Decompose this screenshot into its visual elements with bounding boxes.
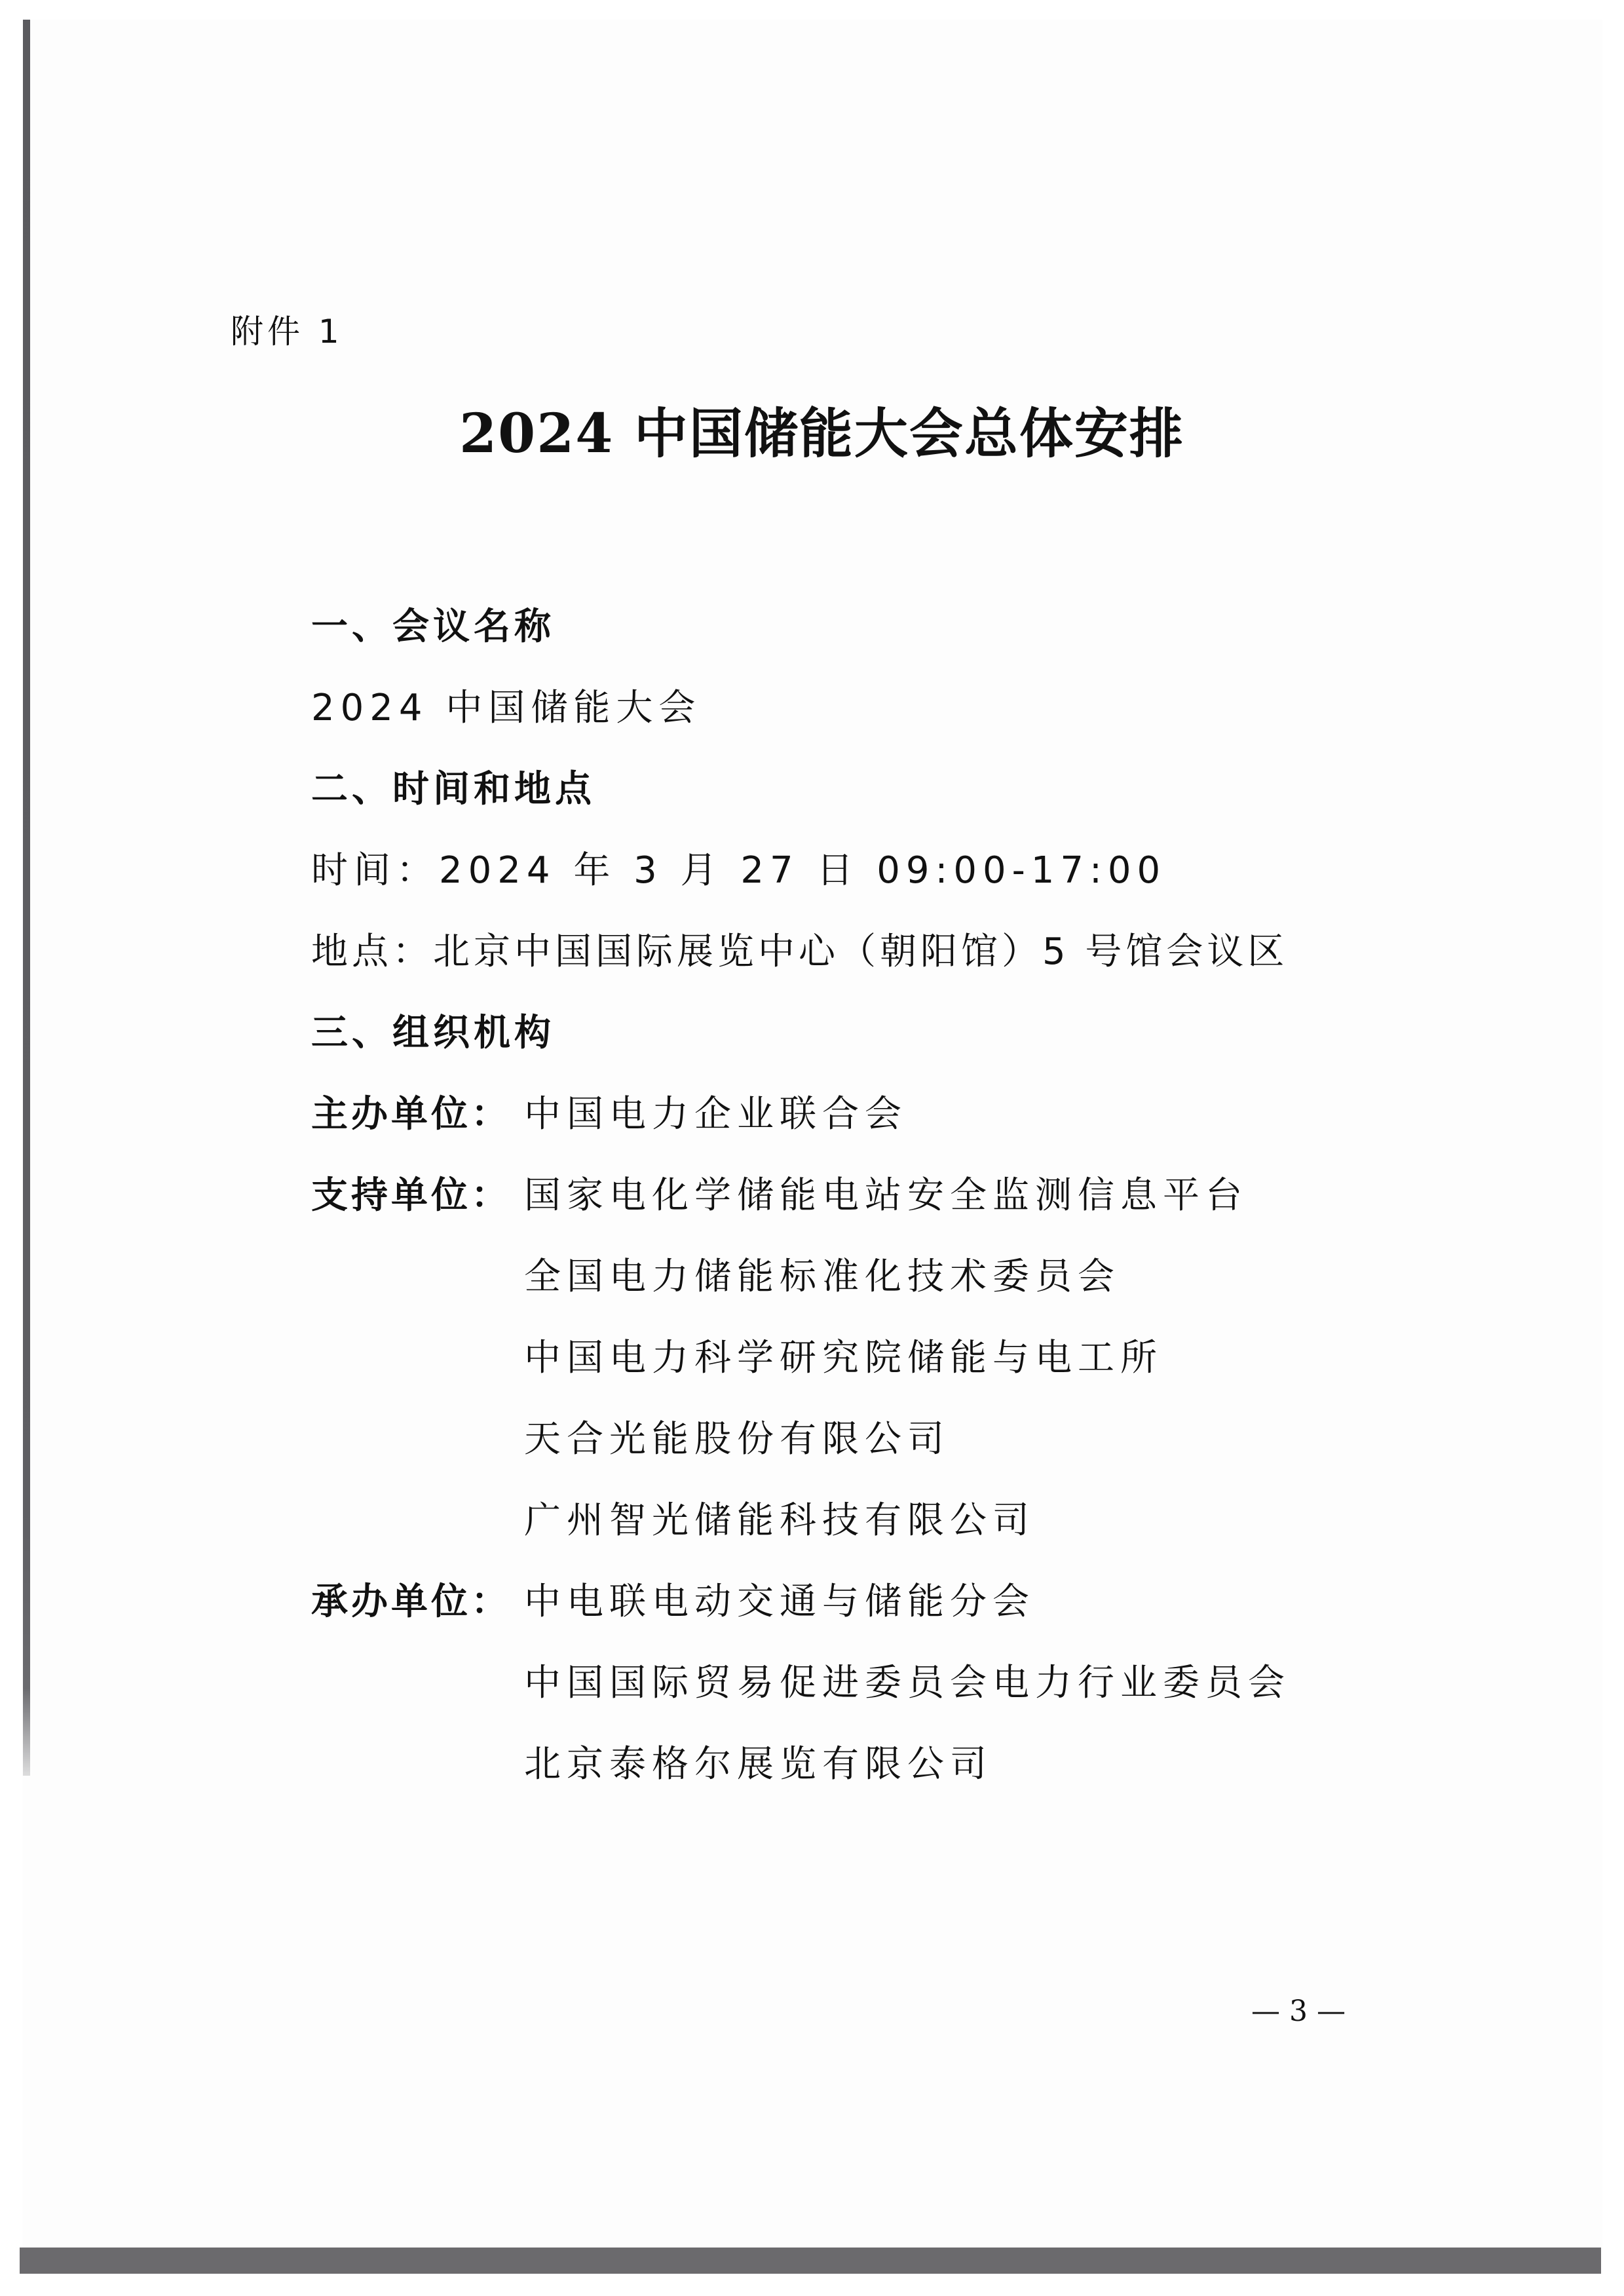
organizer-item: 中国国际贸易促进委员会电力行业委员会 (524, 1660, 1291, 1706)
meeting-name-value: 2024 中国储能大会 (311, 685, 701, 731)
meeting-place: 地点：北京中国国际展览中心（朝阳馆）5 号馆会议区 (311, 929, 1288, 975)
document-title: 2024 中国储能大会总体安排 (0, 401, 1624, 467)
section-heading-time-place: 二、时间和地点 (311, 767, 595, 813)
support-item: 中国电力科学研究院储能与电工所 (524, 1335, 1163, 1381)
scan-bottom-edge (20, 2248, 1601, 2274)
organizer-item: 中电联电动交通与储能分会 (524, 1579, 1035, 1625)
section-heading-organization: 三、组织机构 (311, 1010, 555, 1056)
support-item: 国家电化学储能电站安全监测信息平台 (524, 1173, 1248, 1219)
organizer-label: 承办单位： (311, 1579, 511, 1625)
scan-binding-edge (23, 20, 30, 1776)
organizer-item: 北京泰格尔展览有限公司 (524, 1742, 992, 1788)
attachment-label: 附件 1 (231, 312, 343, 351)
section-heading-meeting-name: 一、会议名称 (311, 604, 555, 650)
host-item: 中国电力企业联合会 (524, 1092, 907, 1138)
support-item: 天合光能股份有限公司 (524, 1417, 950, 1463)
support-item: 广州智光储能科技有限公司 (524, 1498, 1035, 1544)
page-number: — 3 — (1251, 1992, 1346, 2031)
host-label: 主办单位： (311, 1092, 511, 1138)
meeting-time: 时间：2024 年 3 月 27 日 09:00-17:00 (311, 848, 1166, 894)
support-item: 全国电力储能标准化技术委员会 (524, 1254, 1120, 1300)
support-label: 支持单位： (311, 1173, 511, 1219)
